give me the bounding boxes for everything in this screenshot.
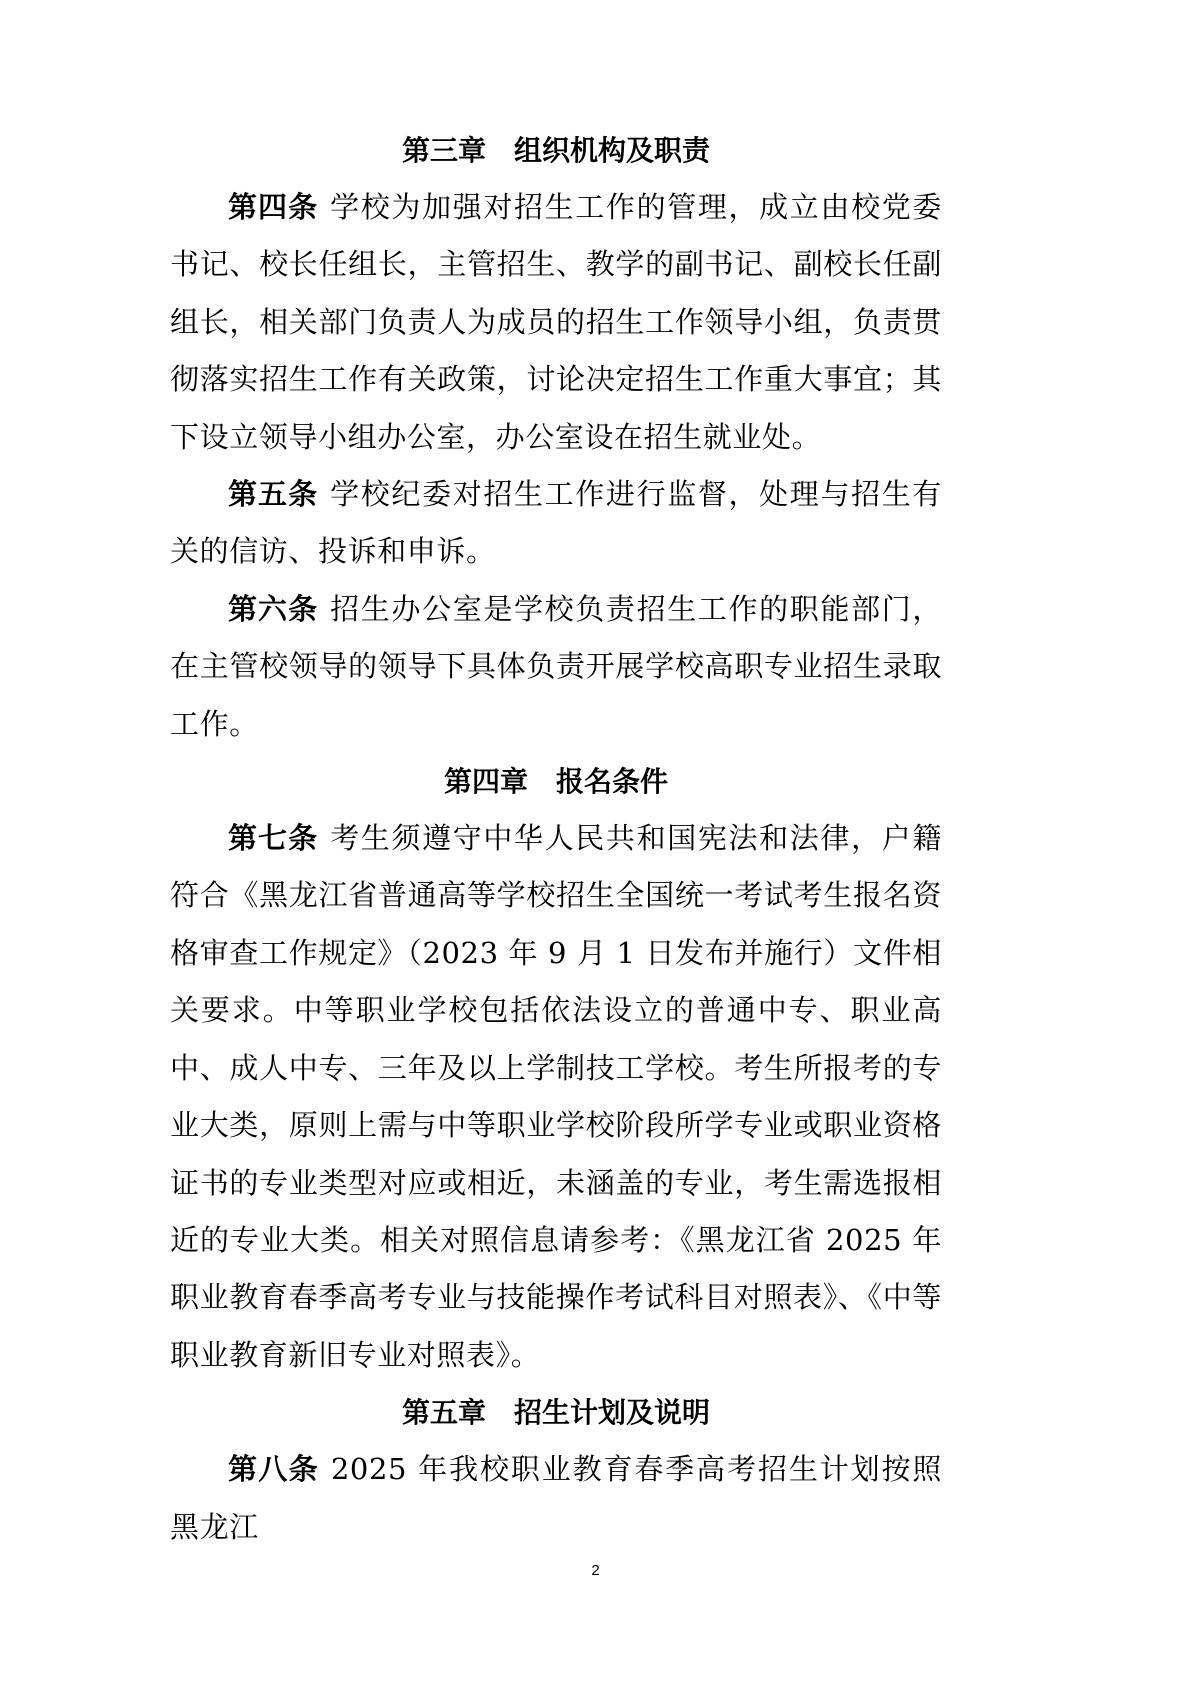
article-label: 第七条: [228, 821, 318, 855]
chapter-heading-4: 第四章 报名条件: [170, 753, 942, 810]
article-6: 第六条招生办公室是学校负责招生工作的职能部门，在主管校领导的领导下具体负责开展学…: [170, 581, 942, 753]
article-label: 第八条: [228, 1452, 319, 1486]
chapter-heading-5: 第五章 招生计划及说明: [170, 1384, 942, 1441]
article-text: 学校为加强对招生工作的管理，成立由校党委书记、校长任组长，主管招生、教学的副书记…: [170, 190, 942, 454]
article-label: 第六条: [228, 592, 318, 626]
article-label: 第五条: [228, 477, 318, 511]
chapter-heading-3: 第三章 组织机构及职责: [170, 122, 942, 179]
document-page: 第三章 组织机构及职责 第四条学校为加强对招生工作的管理，成立由校党委书记、校长…: [170, 122, 942, 1556]
article-7: 第七条考生须遵守中华人民共和国宪法和法律，户籍符合《黑龙江省普通高等学校招生全国…: [170, 810, 942, 1384]
article-4: 第四条学校为加强对招生工作的管理，成立由校党委书记、校长任组长，主管招生、教学的…: [170, 179, 942, 466]
article-5: 第五条学校纪委对招生工作进行监督，处理与招生有关的信访、投诉和申诉。: [170, 466, 942, 581]
article-8: 第八条2025 年我校职业教育春季高考招生计划按照黑龙江: [170, 1441, 942, 1556]
page-number: 2: [0, 1562, 1191, 1579]
article-text: 考生须遵守中华人民共和国宪法和法律，户籍符合《黑龙江省普通高等学校招生全国统一考…: [170, 821, 942, 1372]
article-label: 第四条: [228, 190, 318, 224]
